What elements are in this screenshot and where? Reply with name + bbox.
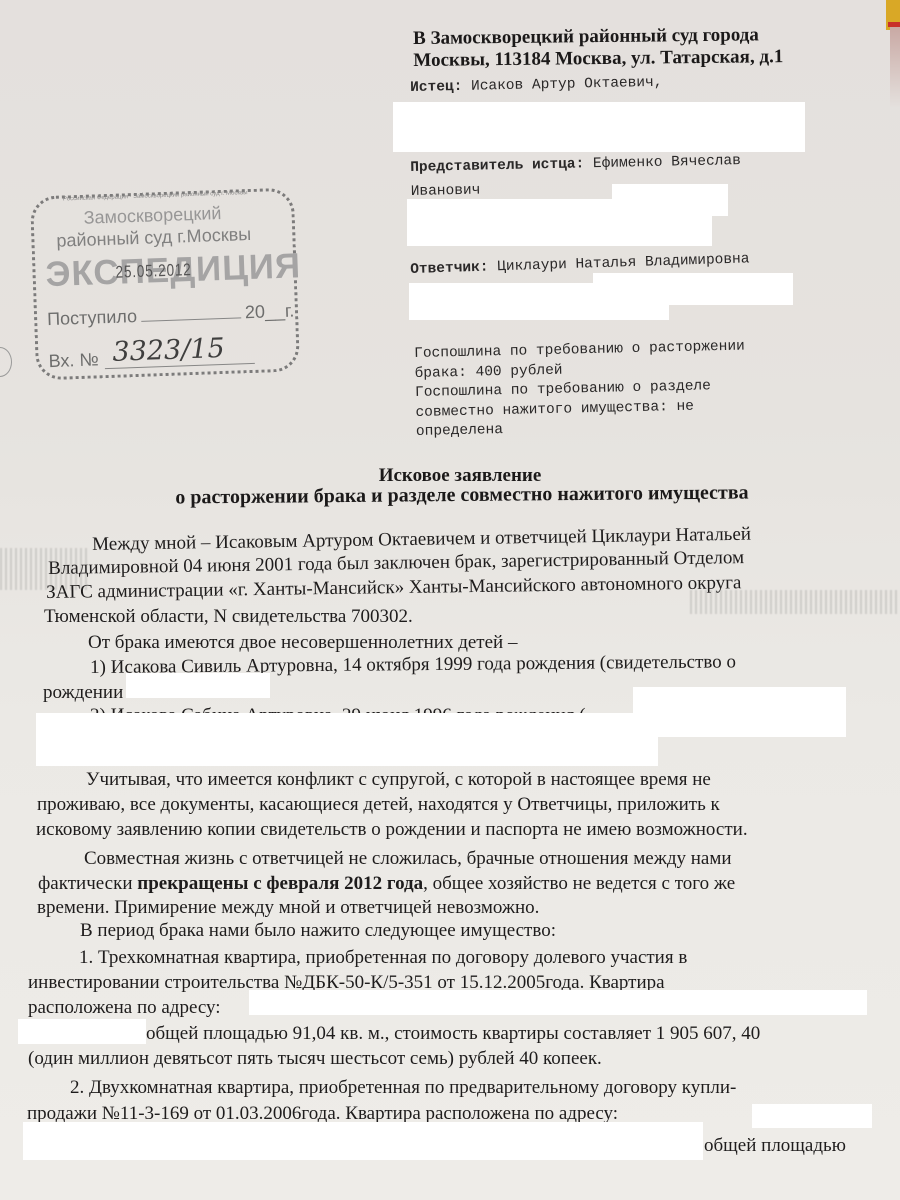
stamp-received-row: Поступило20__г. [47,301,295,331]
property-1-line-5: (один миллион девятьсот пять тысяч шесть… [28,1046,602,1071]
plaintiff-block: Истец: Исаков Артур Октаевич, [410,75,663,96]
relations-line-2-post: , общее хозяйство не ведется с того же [423,873,735,894]
plaintiff-label: Истец: [410,79,463,96]
property-2-line-3: общей площадью [704,1133,846,1158]
redaction-child-2-certificate-1 [633,687,846,737]
redaction-property-1-address-1 [249,990,867,1015]
redaction-child-1-certificate [126,673,270,698]
conflict-line-3: исковому заявлению копии свидетельств о … [36,817,748,842]
property-1-line-3: расположена по адресу: [28,995,221,1020]
scan-smudge-right [690,590,900,614]
plaintiff-name: Исаков Артур Октаевич, [471,75,663,95]
stamp-incoming-number: 3323/15 [104,332,255,369]
relations-line-3: времени. Примирение между мной и ответчи… [37,895,539,920]
redaction-property-2-address-1 [752,1104,872,1128]
stamp-date: 25.05.2012 [115,260,192,283]
property-2-line-1: 2. Двухкомнатная квартира, приобретенная… [70,1075,736,1100]
court-line-2: Москвы, 113184 Москва, ул. Татарская, д.… [413,46,783,72]
property-1-line-4: общей площадью 91,04 кв. м., стоимость к… [146,1021,760,1046]
corner-shadow [890,27,900,107]
representative-name-1: Ефименко Вячеслав [593,153,741,172]
scan-smudge-left [0,548,90,590]
stamp-border-text: Российская Федерация · Замоскворецкий ра… [63,190,248,202]
stamp-received-label: Поступило [47,306,138,329]
relations-line-2-pre: фактически [38,873,137,894]
redaction-plaintiff-details [393,102,805,152]
stamp-incoming-label: Вх. № [48,349,99,371]
relations-line-1: Совместная жизнь с ответчицей не сложила… [84,846,732,871]
stamp-year-suffix: 20__г. [245,301,295,323]
redaction-property-1-address-2 [18,1019,146,1044]
defendant-name: Циклаури Наталья Владимировна [497,251,750,275]
conflict-line-2: проживаю, все документы, касающиеся дете… [37,792,720,817]
relations-line-2: фактически прекращены с февраля 2012 год… [38,871,735,896]
redaction-child-2-certificate-2 [36,713,658,766]
property-1-line-1: 1. Трехкомнатная квартира, приобретенная… [79,945,687,970]
representative-label: Представитель истца: [410,156,584,176]
defendant-label: Ответчик: [410,260,489,278]
court-address: В Замоскворецкий районный суд города Мос… [413,24,783,72]
stamp-incoming-row: Вх. №3323/15 [48,336,255,375]
document-page: В Замоскворецкий районный суд города Мос… [0,0,900,1200]
redaction-defendant-2 [409,283,669,320]
redaction-property-2-address-2 [23,1122,703,1160]
marriage-line-4: Тюменской области, N свидетельства 70030… [44,604,413,629]
edge-circle-mark [0,347,12,377]
relations-termination-date: прекращены с февраля 2012 года [137,873,423,894]
redaction-representative-2 [407,199,712,246]
child-1-line-2: рождении [43,680,123,705]
stamp-received-blank [141,317,241,321]
state-fee-block: Госпошлина по требованию о расторжении б… [414,337,747,442]
property-intro: В период брака нами было нажито следующе… [80,918,556,943]
court-receipt-stamp: Российская Федерация · Замоскворецкий ра… [30,187,300,380]
conflict-line-1: Учитывая, что имеется конфликт с супруго… [86,767,711,792]
